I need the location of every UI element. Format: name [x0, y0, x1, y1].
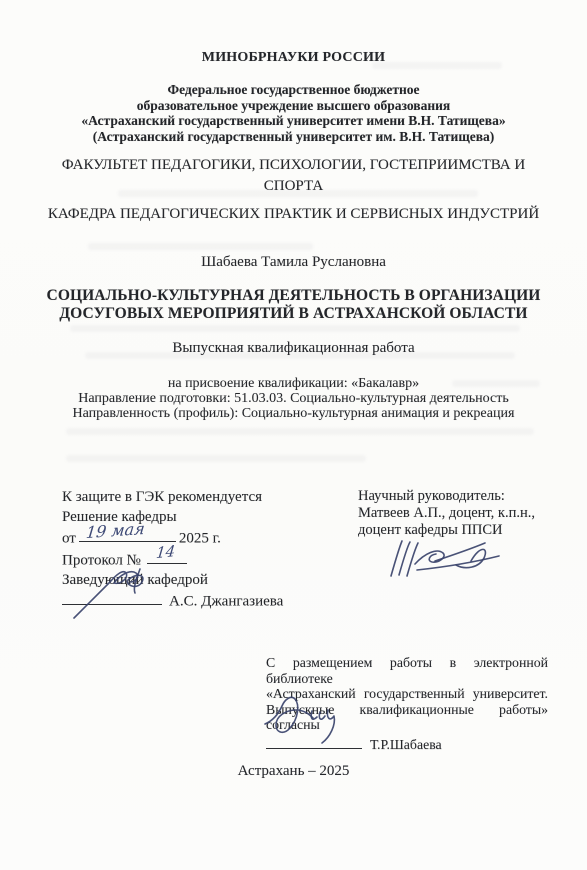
protocol-label: Протокол №	[62, 552, 141, 568]
date-fill-line: 19 мая	[79, 527, 176, 542]
handwritten-date: 19 мая	[85, 519, 146, 543]
department-heading: КАФЕДРА ПЕДАГОГИЧЕСКИХ ПРАКТИК И СЕРВИСН…	[0, 206, 587, 223]
supervisor-label: Научный руководитель:	[358, 488, 558, 505]
consent-block: С размещением работы в электронной библи…	[266, 655, 548, 752]
faculty-line-1: ФАКУЛЬТЕТ ПЕДАГОГИКИ, ПСИХОЛОГИИ, ГОСТЕП…	[0, 155, 587, 176]
date-prefix: от	[62, 530, 76, 546]
thesis-title-line-1: СОЦИАЛЬНО-КУЛЬТУРНАЯ ДЕЯТЕЛЬНОСТЬ В ОРГА…	[0, 287, 587, 305]
ministry-heading: МИНОБРНАУКИ РОССИИ	[0, 50, 587, 66]
supervisor-block: Научный руководитель: Матвеев А.П., доце…	[358, 488, 558, 539]
head-label: Заведующий кафедрой	[62, 571, 362, 591]
thesis-title: СОЦИАЛЬНО-КУЛЬТУРНАЯ ДЕЯТЕЛЬНОСТЬ В ОРГА…	[0, 287, 587, 322]
program-line: Направление подготовки: 51.03.03. Социал…	[0, 391, 587, 406]
institution-line-4: (Астраханский государственный университе…	[0, 129, 587, 145]
profile-line: Направленность (профиль): Социально-куль…	[0, 406, 587, 421]
consent-line-2: «Астраханский государственный университе…	[266, 686, 548, 702]
qualification-line: на присвоение квалификации: «Бакалавр»	[0, 376, 587, 391]
author-name: Шабаева Тамила Руслановна	[0, 254, 587, 271]
date-suffix: 2025 г.	[179, 530, 221, 546]
institution-line-2: образовательное учреждение высшего образ…	[0, 98, 587, 114]
institution-line-1: Федеральное государственное бюджетное	[0, 82, 587, 98]
bleedthrough-artifact	[66, 428, 534, 435]
protocol-row: Протокол №14	[62, 549, 362, 571]
bleedthrough-artifact	[88, 243, 313, 250]
head-name: А.С. Джангазиева	[169, 593, 283, 609]
supervisor-name-line-2: доцент кафедры ППСИ	[358, 522, 558, 539]
consent-line-1: С размещением работы в электронной библи…	[266, 655, 548, 686]
consent-signer-name: Т.Р.Шабаева	[370, 737, 442, 752]
head-signature-row: А.С. Джангазиева	[62, 590, 362, 612]
city-year: Астрахань – 2025	[0, 763, 587, 780]
protocol-fill-line: 14	[147, 549, 187, 564]
faculty-heading: ФАКУЛЬТЕТ ПЕДАГОГИКИ, ПСИХОЛОГИИ, ГОСТЕП…	[0, 155, 587, 197]
bleedthrough-artifact	[66, 455, 366, 462]
thesis-title-line-2: ДОСУГОВЫХ МЕРОПРИЯТИЙ В АСТРАХАНСКОЙ ОБЛ…	[0, 305, 587, 323]
head-signature-line	[62, 590, 162, 605]
faculty-line-2: СПОРТА	[0, 176, 587, 197]
consent-signature-row: Т.Р.Шабаева	[266, 735, 548, 753]
bleedthrough-artifact	[70, 325, 520, 332]
consent-signature-line	[266, 735, 362, 749]
handwritten-protocol-number: 14	[155, 541, 176, 563]
institution-line-3: «Астраханский государственный университе…	[0, 113, 587, 129]
institution-block: Федеральное государственное бюджетное об…	[0, 82, 587, 144]
supervisor-signature	[383, 532, 508, 584]
recommendation-line: К защите в ГЭК рекомендуется	[62, 488, 362, 508]
document-page: МИНОБРНАУКИ РОССИИ Федеральное государст…	[0, 0, 587, 870]
consent-line-3: Выпускные квалификационные работы» согла…	[266, 702, 548, 733]
supervisor-name-line-1: Матвеев А.П., доцент, к.п.н.,	[358, 505, 558, 522]
approval-block: К защите в ГЭК рекомендуется Решение каф…	[62, 488, 362, 612]
date-row: от19 мая2025 г.	[62, 527, 362, 549]
qualification-block: на присвоение квалификации: «Бакалавр» Н…	[0, 376, 587, 421]
work-type: Выпускная квалификационная работа	[0, 340, 587, 357]
